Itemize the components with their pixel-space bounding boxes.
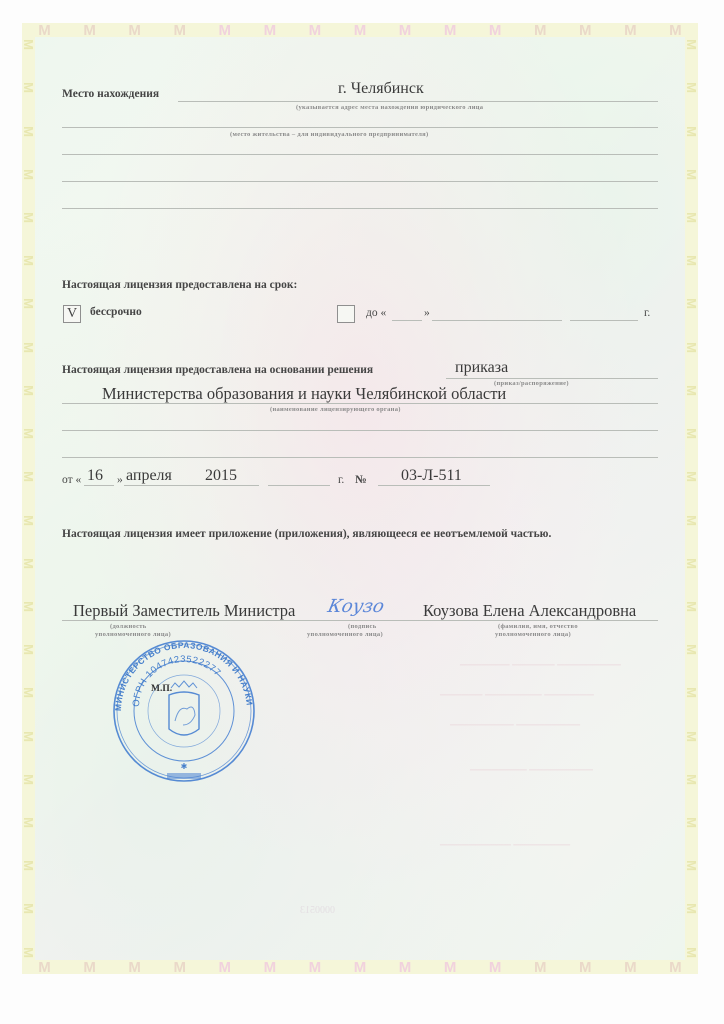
border-glyph: M — [534, 23, 547, 37]
border-glyph: M — [22, 428, 35, 439]
location-value: г. Челябинск — [338, 80, 424, 98]
license-sheet: MMMMMMMMMMMMMMM MMMMMMMMMMMMMMM MMMMMMMM… — [22, 23, 698, 974]
border-glyph: M — [173, 23, 186, 37]
date-quote-close: » — [117, 474, 123, 486]
signature-hint-2: уполномоченного лица) — [307, 631, 383, 638]
check-mark: V — [67, 306, 77, 321]
border-glyph: M — [22, 212, 35, 223]
border-bottom: MMMMMMMMMMMMMMM — [22, 960, 698, 974]
stamp-outer-text: МИНИСТЕРСТВО ОБРАЗОВАНИЯ И НАУКИ ЧЕЛЯБИН… — [99, 633, 255, 711]
border-glyph: M — [128, 960, 141, 974]
border-glyph: M — [685, 342, 698, 353]
border-glyph: M — [22, 82, 35, 93]
border-glyph: M — [685, 947, 698, 958]
border-glyph: M — [399, 960, 412, 974]
border-glyph: M — [624, 960, 637, 974]
border-glyph: M — [579, 23, 592, 37]
border-glyph: M — [685, 515, 698, 526]
svg-text:МИНИСТЕРСТВО ОБРАЗОВАНИЯ И НАУ: МИНИСТЕРСТВО ОБРАЗОВАНИЯ И НАУКИ ЧЕЛЯБИН… — [99, 633, 255, 711]
border-glyph: M — [489, 960, 502, 974]
border-glyph: M — [685, 860, 698, 871]
until-quote-close: » — [424, 307, 430, 319]
border-glyph: M — [22, 385, 35, 396]
border-glyph: M — [22, 126, 35, 137]
border-glyph: M — [685, 169, 698, 180]
border-glyph: M — [22, 947, 35, 958]
signer-position: Первый Заместитель Министра — [73, 601, 295, 621]
border-glyph: M — [685, 385, 698, 396]
official-stamp: МИНИСТЕРСТВО ОБРАЗОВАНИЯ И НАУКИ ЧЕЛЯБИН… — [99, 633, 269, 783]
show-through-text: ────────── ──────── — [440, 840, 570, 851]
indefinite-label: бессрочно — [90, 306, 142, 318]
until-year-line — [570, 320, 638, 321]
address-line-5 — [62, 208, 658, 209]
border-top: MMMMMMMMMMMMMMM — [22, 23, 698, 37]
border-glyph: M — [685, 82, 698, 93]
authority-hint: (наименование лицензирующего органа) — [270, 406, 401, 413]
border-glyph: M — [22, 255, 35, 266]
show-through-text: ─────── ────── ───────── — [460, 660, 621, 671]
border-glyph: M — [22, 687, 35, 698]
border-glyph: M — [38, 23, 51, 37]
term-label: Настоящая лицензия предоставлена на срок… — [62, 279, 297, 291]
border-glyph: M — [22, 342, 35, 353]
date-year: 2015 — [205, 467, 237, 485]
number-sign: № — [355, 474, 367, 486]
border-glyph: M — [22, 471, 35, 482]
border-glyph: M — [22, 515, 35, 526]
border-glyph: M — [685, 471, 698, 482]
decision-type-value: приказа — [455, 359, 508, 377]
until-month-line — [432, 320, 562, 321]
date-year-line — [268, 485, 330, 486]
authority-line-3 — [62, 457, 658, 458]
location-hint-legal: (указывается адрес места нахождения юрид… — [296, 104, 483, 111]
border-glyph: M — [219, 23, 232, 37]
appendix-note: Настоящая лицензия имеет приложение (при… — [62, 528, 551, 540]
border-glyph: M — [669, 23, 682, 37]
border-glyph: M — [685, 601, 698, 612]
until-day-line — [392, 320, 422, 321]
until-year-suffix: г. — [644, 307, 650, 319]
border-glyph: M — [219, 960, 232, 974]
until-checkbox[interactable] — [337, 305, 355, 323]
border-glyph: M — [264, 960, 277, 974]
border-glyph: M — [22, 169, 35, 180]
address-line-4 — [62, 181, 658, 182]
border-glyph: M — [354, 960, 367, 974]
border-glyph: M — [22, 601, 35, 612]
border-glyph: M — [38, 960, 51, 974]
border-glyph: M — [685, 904, 698, 915]
handwritten-signature: Коузо — [326, 596, 386, 617]
border-glyph: M — [685, 687, 698, 698]
address-line-3 — [62, 154, 658, 155]
border-glyph: M — [22, 644, 35, 655]
border-glyph: M — [685, 255, 698, 266]
border-glyph: M — [22, 904, 35, 915]
border-glyph: M — [685, 299, 698, 310]
date-day: 16 — [87, 467, 103, 485]
basis-label: Настоящая лицензия предоставлена на осно… — [62, 364, 373, 376]
border-right: MMMMMMMMMMMMMMMMMMMMMM — [685, 23, 698, 974]
location-hint-individual: (место жительства – для индивидуального … — [230, 131, 428, 138]
until-label: до « — [366, 307, 386, 319]
authority-value: Министерства образования и науки Челябин… — [102, 384, 506, 404]
border-glyph: M — [685, 126, 698, 137]
border-glyph: M — [22, 817, 35, 828]
border-glyph: M — [685, 212, 698, 223]
signature-hint-1: (подпись — [348, 623, 376, 630]
date-month: апреля — [126, 467, 172, 485]
border-glyph: M — [309, 23, 322, 37]
show-through-text: ────── ──────── ─────── — [440, 690, 594, 701]
border-glyph: M — [685, 731, 698, 742]
border-glyph: M — [22, 299, 35, 310]
border-glyph: M — [22, 558, 35, 569]
border-glyph: M — [83, 23, 96, 37]
border-glyph: M — [354, 23, 367, 37]
border-glyph: M — [264, 23, 277, 37]
border-glyph: M — [685, 817, 698, 828]
address-line-2 — [62, 127, 658, 128]
crown-icon — [171, 681, 197, 688]
border-glyph: M — [534, 960, 547, 974]
position-hint-1: (должность — [110, 623, 147, 630]
indefinite-checkbox[interactable]: V — [63, 305, 81, 323]
border-glyph: M — [624, 23, 637, 37]
border-glyph: M — [579, 960, 592, 974]
border-glyph: M — [685, 558, 698, 569]
name-hint-1: (фамилия, имя, отчество — [498, 623, 578, 630]
name-hint-2: уполномоченного лица) — [495, 631, 571, 638]
camel-icon — [175, 707, 195, 725]
border-glyph: M — [685, 644, 698, 655]
border-glyph: M — [83, 960, 96, 974]
border-glyph: M — [309, 960, 322, 974]
show-through-text: ───────── ───────── — [450, 720, 580, 731]
seal-place-mp: М.П. — [151, 684, 172, 694]
date-prefix: от « — [62, 474, 81, 486]
decision-type-line — [446, 378, 658, 379]
border-glyph: M — [399, 23, 412, 37]
location-line — [178, 101, 658, 102]
date-year-suffix: г. — [338, 474, 344, 486]
border-glyph: M — [685, 428, 698, 439]
border-glyph: M — [444, 960, 457, 974]
border-glyph: M — [173, 960, 186, 974]
border-glyph: M — [669, 960, 682, 974]
border-glyph: M — [22, 731, 35, 742]
date-month-line — [124, 485, 259, 486]
border-glyph: M — [22, 860, 35, 871]
location-label: Место нахождения — [62, 88, 159, 100]
border-glyph: M — [685, 39, 698, 50]
border-glyph: M — [22, 774, 35, 785]
show-through-text: ──────── ───────── — [470, 765, 593, 776]
border-glyph: M — [128, 23, 141, 37]
border-glyph: M — [685, 774, 698, 785]
signer-name: Коузова Елена Александровна — [423, 601, 636, 621]
border-glyph: M — [22, 39, 35, 50]
border-left: MMMMMMMMMMMMMMMMMMMMMM — [22, 23, 35, 974]
date-day-line — [84, 485, 114, 486]
border-glyph: M — [489, 23, 502, 37]
mirrored-serial: 0000513 — [300, 905, 335, 916]
svg-text:✱: ✱ — [181, 762, 188, 771]
authority-line-2 — [62, 430, 658, 431]
border-glyph: M — [444, 23, 457, 37]
license-number: 03-Л-511 — [401, 467, 462, 485]
number-line — [378, 485, 490, 486]
